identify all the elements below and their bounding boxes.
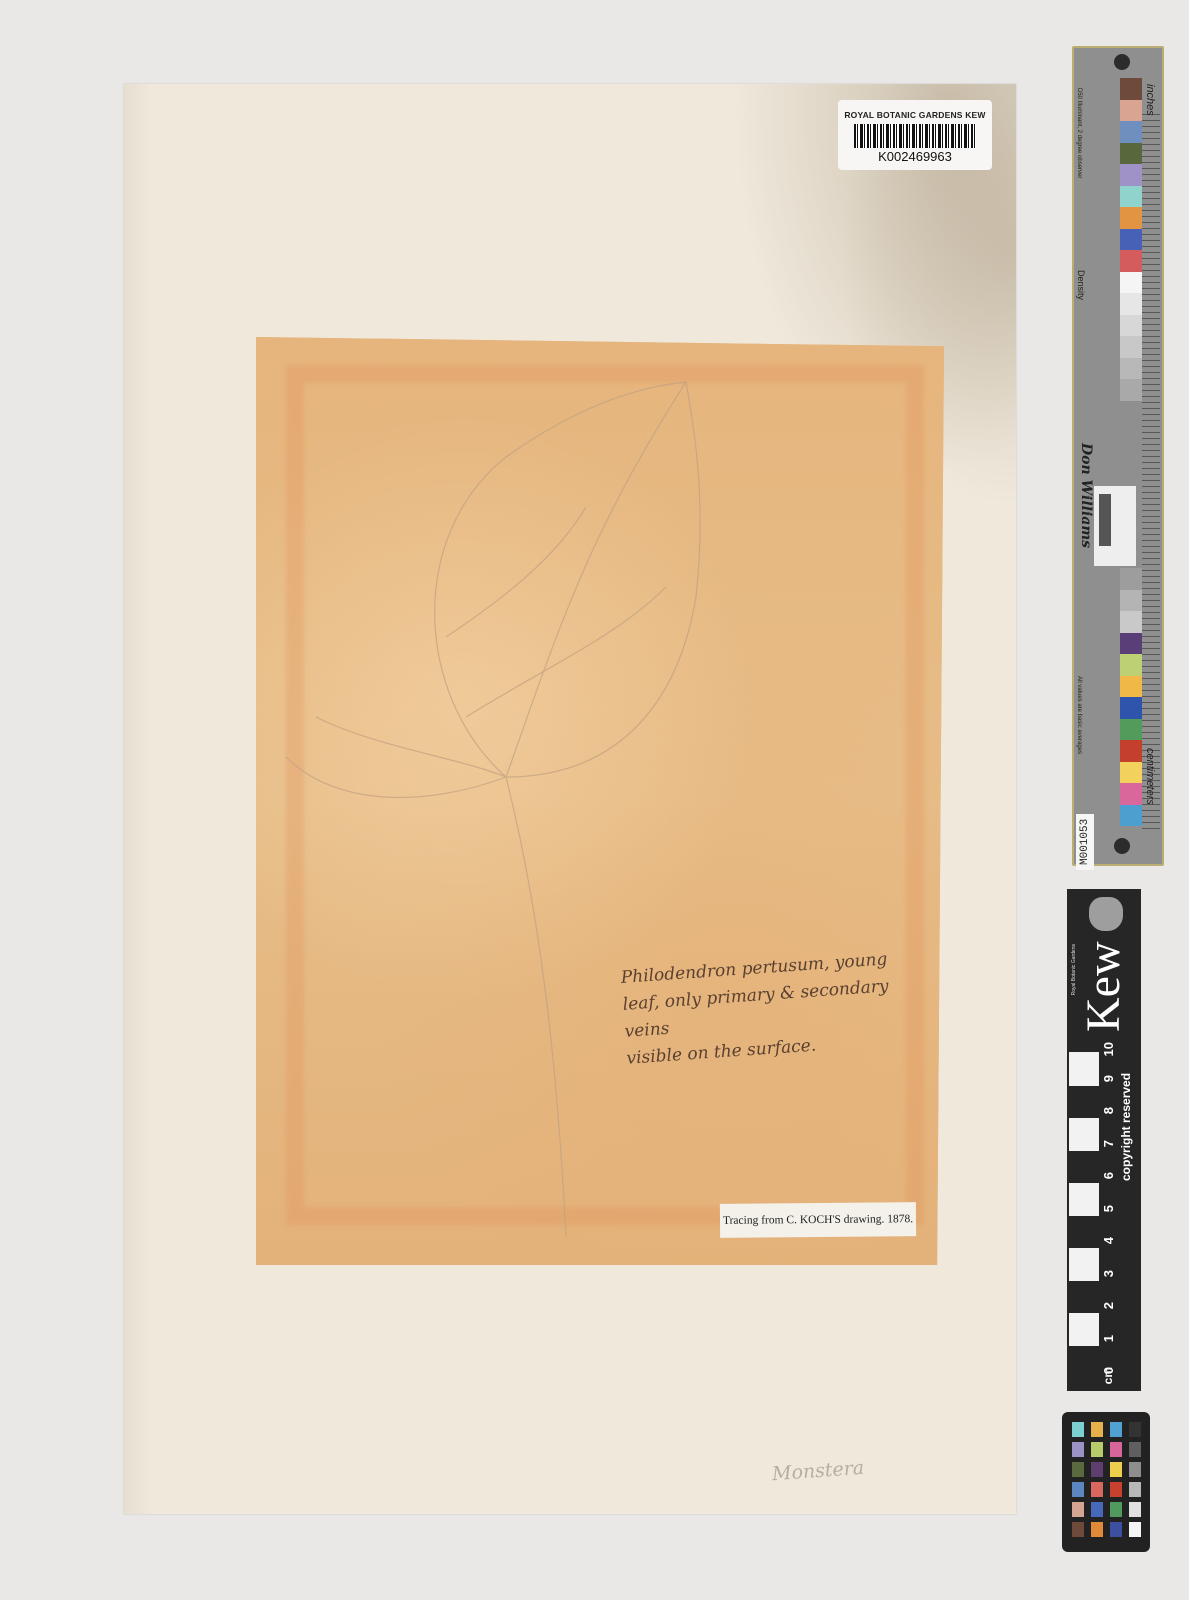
brand-label: Don Williams — [1078, 443, 1094, 548]
ruler-number: 3 — [1101, 1270, 1116, 1277]
ruler-ticks — [1142, 114, 1160, 834]
color-patches-top — [1120, 78, 1142, 401]
color-patch — [1120, 229, 1142, 251]
checker-cell — [1129, 1502, 1141, 1517]
ruler-segment — [1069, 1280, 1099, 1314]
density-label: Density — [1076, 270, 1086, 300]
ruler-number: 2 — [1101, 1302, 1116, 1309]
ruler-segment — [1069, 1150, 1099, 1184]
resolution-target — [1094, 486, 1136, 566]
checker-cell — [1110, 1482, 1122, 1497]
ruler-segment — [1069, 1247, 1099, 1281]
color-checker-card — [1062, 1412, 1150, 1552]
color-patch — [1120, 293, 1142, 315]
checker-cell — [1091, 1522, 1103, 1537]
checker-cell — [1129, 1422, 1141, 1437]
color-patch — [1120, 379, 1142, 401]
checker-cell — [1129, 1482, 1141, 1497]
checker-cell — [1072, 1482, 1084, 1497]
ruler-number: 9 — [1101, 1075, 1116, 1082]
unit-label: cm — [1101, 1367, 1115, 1384]
checker-cell — [1072, 1462, 1084, 1477]
color-patch — [1120, 78, 1142, 100]
checker-cell — [1091, 1422, 1103, 1437]
color-patch — [1120, 676, 1142, 698]
ruler-number: 10 — [1101, 1042, 1116, 1056]
ruler-number: 7 — [1101, 1140, 1116, 1147]
inches-label: inches — [1144, 84, 1156, 116]
ruler-segment — [1069, 1345, 1099, 1379]
tracing-paper — [256, 337, 944, 1265]
color-patch — [1120, 272, 1142, 294]
scale-id: M001053 — [1076, 814, 1094, 870]
ruler-bars — [1069, 1037, 1099, 1377]
color-patch — [1120, 250, 1142, 272]
ruler-segment — [1069, 1117, 1099, 1151]
color-patch — [1120, 762, 1142, 784]
ruler-segment — [1069, 1085, 1099, 1119]
color-patch — [1120, 100, 1142, 122]
barcode-label: ROYAL BOTANIC GARDENS KEW K002469963 — [838, 100, 992, 170]
barcode-number: K002469963 — [838, 149, 992, 164]
checker-cell — [1129, 1442, 1141, 1457]
color-patch — [1120, 697, 1142, 719]
color-patches-bottom — [1120, 568, 1142, 826]
color-patch — [1120, 590, 1142, 612]
ruler-number: 6 — [1101, 1172, 1116, 1179]
checker-cell — [1072, 1422, 1084, 1437]
hole-icon — [1114, 54, 1130, 70]
illuminant-label: D50 Illuminant, 2 degree observer — [1076, 88, 1082, 178]
checker-cell — [1091, 1502, 1103, 1517]
barcode — [854, 124, 976, 148]
ruler-number: 4 — [1101, 1237, 1116, 1244]
kew-ruler: Royal Botanic Gardens Kew copyright rese… — [1067, 889, 1141, 1391]
checker-cell — [1091, 1442, 1103, 1457]
institution-name: ROYAL BOTANIC GARDENS KEW — [838, 110, 992, 120]
leaf-outline-drawing — [256, 337, 944, 1265]
checker-cell — [1072, 1502, 1084, 1517]
checker-cell — [1129, 1462, 1141, 1477]
color-patch — [1120, 315, 1142, 337]
ruler-number: 5 — [1101, 1205, 1116, 1212]
color-patch — [1120, 207, 1142, 229]
color-patch — [1120, 805, 1142, 827]
ruler-segment — [1069, 1182, 1099, 1216]
color-patch — [1120, 164, 1142, 186]
checker-cell — [1072, 1522, 1084, 1537]
color-patch — [1120, 143, 1142, 165]
checker-cell — [1091, 1462, 1103, 1477]
checker-cell — [1110, 1522, 1122, 1537]
checker-cell — [1072, 1442, 1084, 1457]
handwritten-note: Philodendron pertusum, young leaf, only … — [620, 944, 927, 1073]
color-patch — [1120, 740, 1142, 762]
color-patch — [1120, 336, 1142, 358]
color-patch — [1120, 633, 1142, 655]
footnote-label: All values are basic averages — [1076, 676, 1082, 754]
ruler-number: 1 — [1101, 1335, 1116, 1342]
checker-cell — [1110, 1462, 1122, 1477]
ruler-numbers: 012345678910 — [1101, 1037, 1119, 1381]
checker-cell — [1110, 1502, 1122, 1517]
color-patch — [1120, 783, 1142, 805]
color-patch — [1120, 186, 1142, 208]
checker-cell — [1110, 1422, 1122, 1437]
ruler-segment — [1069, 1215, 1099, 1249]
ruler-number: 8 — [1101, 1107, 1116, 1114]
color-patch — [1120, 121, 1142, 143]
kew-logo: Kew — [1077, 939, 1131, 1035]
ruler-segment — [1069, 1052, 1099, 1086]
color-patch — [1120, 611, 1142, 633]
color-patch — [1120, 654, 1142, 676]
checker-cell — [1110, 1442, 1122, 1457]
ruler-segment — [1069, 1312, 1099, 1346]
color-scale-bar: inches D50 Illuminant, 2 degree observer… — [1072, 46, 1164, 866]
checker-cell — [1129, 1522, 1141, 1537]
color-patch — [1120, 719, 1142, 741]
checker-cell — [1091, 1482, 1103, 1497]
tracing-source-label: Tracing from C. KOCH'S drawing. 1878. — [720, 1202, 916, 1238]
color-patch — [1120, 568, 1142, 590]
crest-icon — [1089, 897, 1123, 931]
copyright-label: copyright reserved — [1119, 1047, 1133, 1207]
color-patch — [1120, 358, 1142, 380]
hole-icon — [1114, 838, 1130, 854]
